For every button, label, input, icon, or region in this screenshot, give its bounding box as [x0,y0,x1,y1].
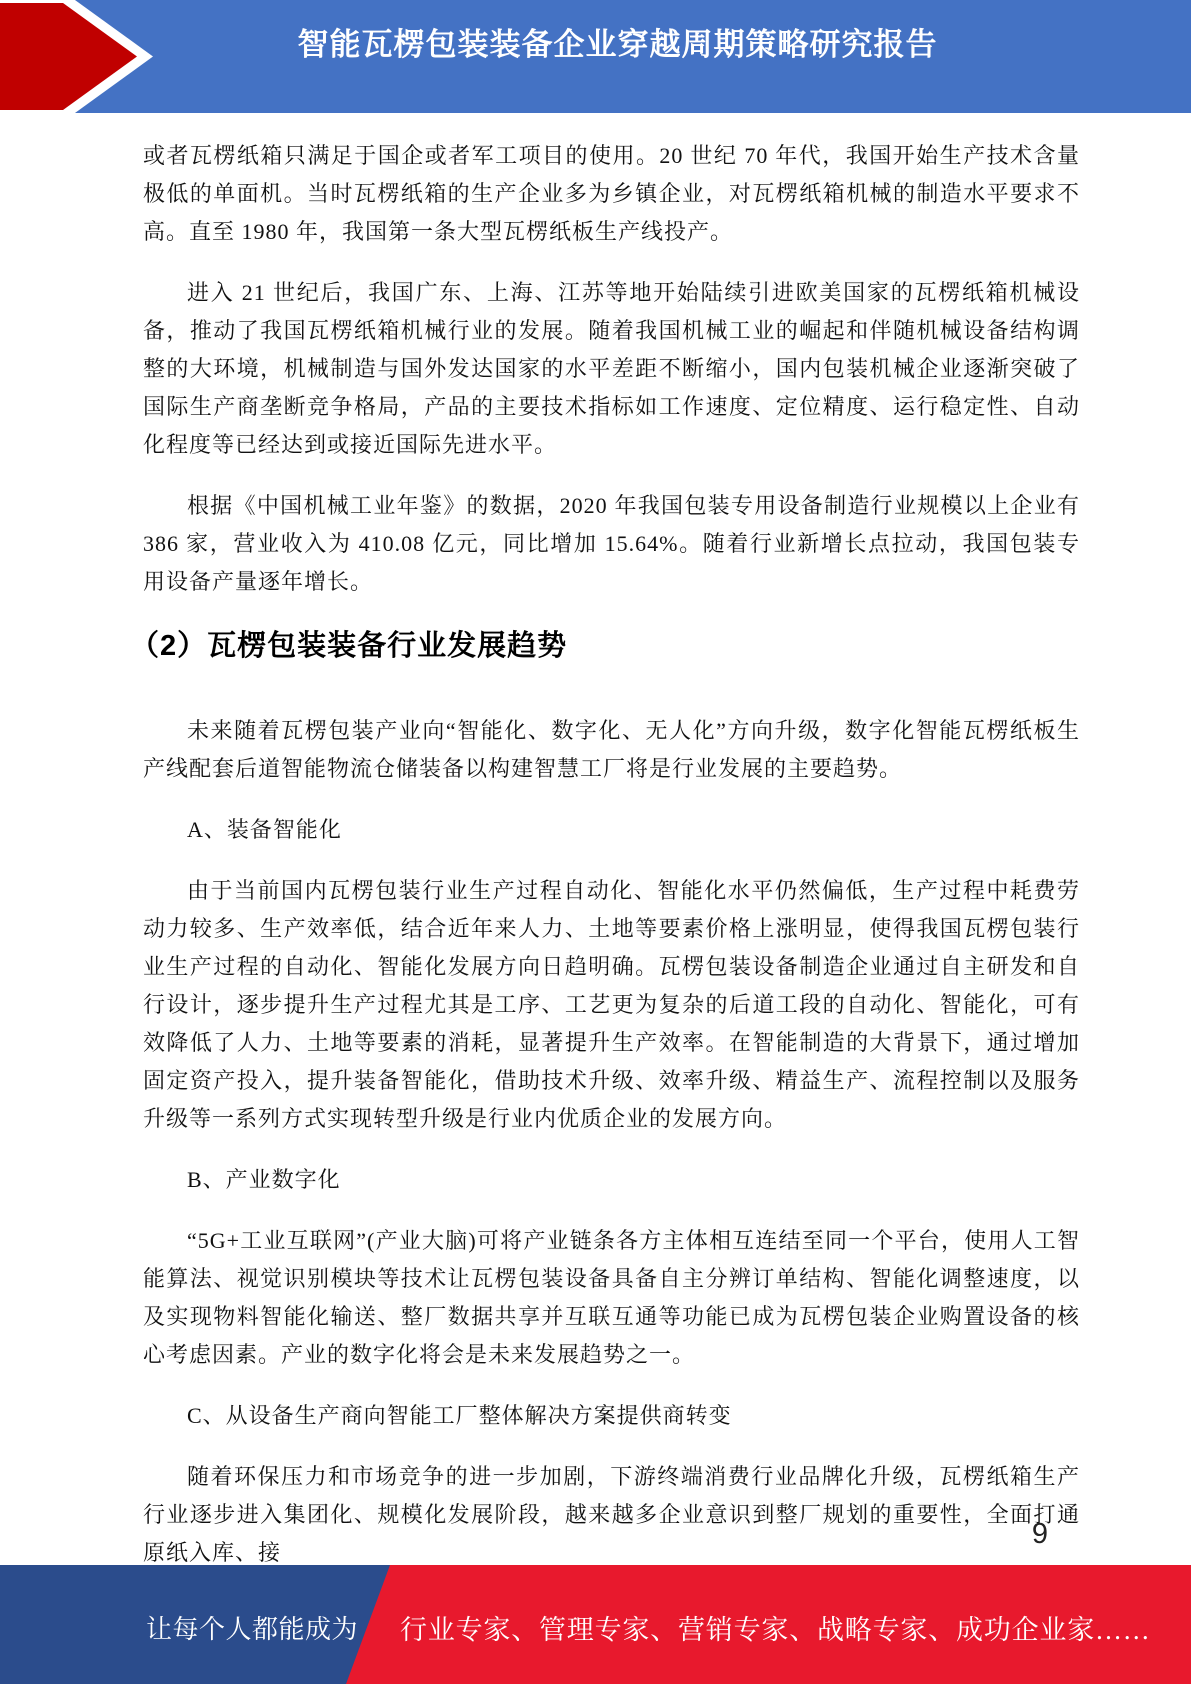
subsection-label: B、产业数字化 [143,1161,1080,1199]
body-paragraph: “5G+工业互联网”(产业大脑)可将产业链条各方主体相互连结至同一个平台，使用人… [143,1222,1080,1374]
section-heading: （2）瓦楞包装装备行业发展趋势 [130,624,1080,668]
report-title: 智能瓦楞包装装备企业穿越周期策略研究报告 [0,0,1191,64]
page-number: 9 [0,1518,1191,1550]
body-paragraph: 进入 21 世纪后，我国广东、上海、江苏等地开始陆续引进欧美国家的瓦楞纸箱机械设… [143,274,1080,464]
body-paragraph: 随着环保压力和市场竞争的进一步加剧，下游终端消费行业品牌化升级，瓦楞纸箱生产行业… [143,1458,1080,1572]
body-paragraph: 未来随着瓦楞包装产业向“智能化、数字化、无人化”方向升级，数字化智能瓦楞纸板生产… [143,712,1080,788]
footer-slogan-right: 行业专家、管理专家、营销专家、战略专家、成功企业家…… [400,1614,1151,1646]
document-page: 智能瓦楞包装装备企业穿越周期策略研究报告 或者瓦楞纸箱只满足于国企或者军工项目的… [0,0,1191,1684]
body-paragraph: 由于当前国内瓦楞包装行业生产过程自动化、智能化水平仍然偏低，生产过程中耗费劳动力… [143,872,1080,1138]
subsection-label: A、装备智能化 [143,811,1080,849]
subsection-label: C、从设备生产商向智能工厂整体解决方案提供商转变 [143,1397,1080,1435]
page-footer: 让每个人都能成为 行业专家、管理专家、营销专家、战略专家、成功企业家…… [0,1565,1191,1684]
report-header: 智能瓦楞包装装备企业穿越周期策略研究报告 [0,0,1191,113]
body-paragraph: 根据《中国机械工业年鉴》的数据，2020 年我国包装专用设备制造行业规模以上企业… [143,487,1080,601]
document-body: 或者瓦楞纸箱只满足于国企或者军工项目的使用。20 世纪 70 年代，我国开始生产… [0,113,1191,1595]
body-paragraph: 或者瓦楞纸箱只满足于国企或者军工项目的使用。20 世纪 70 年代，我国开始生产… [143,137,1080,251]
footer-slogan-left: 让每个人都能成为 [146,1615,358,1645]
